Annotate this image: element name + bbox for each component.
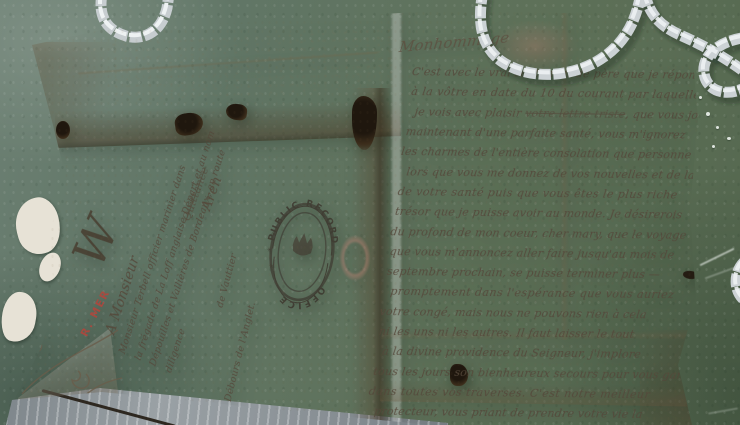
bead-chain [0, 0, 740, 425]
chain-highlight [479, 0, 740, 298]
photo-of-letter: W A MonsieurMonsieur Terbell officier ma… [0, 0, 740, 425]
